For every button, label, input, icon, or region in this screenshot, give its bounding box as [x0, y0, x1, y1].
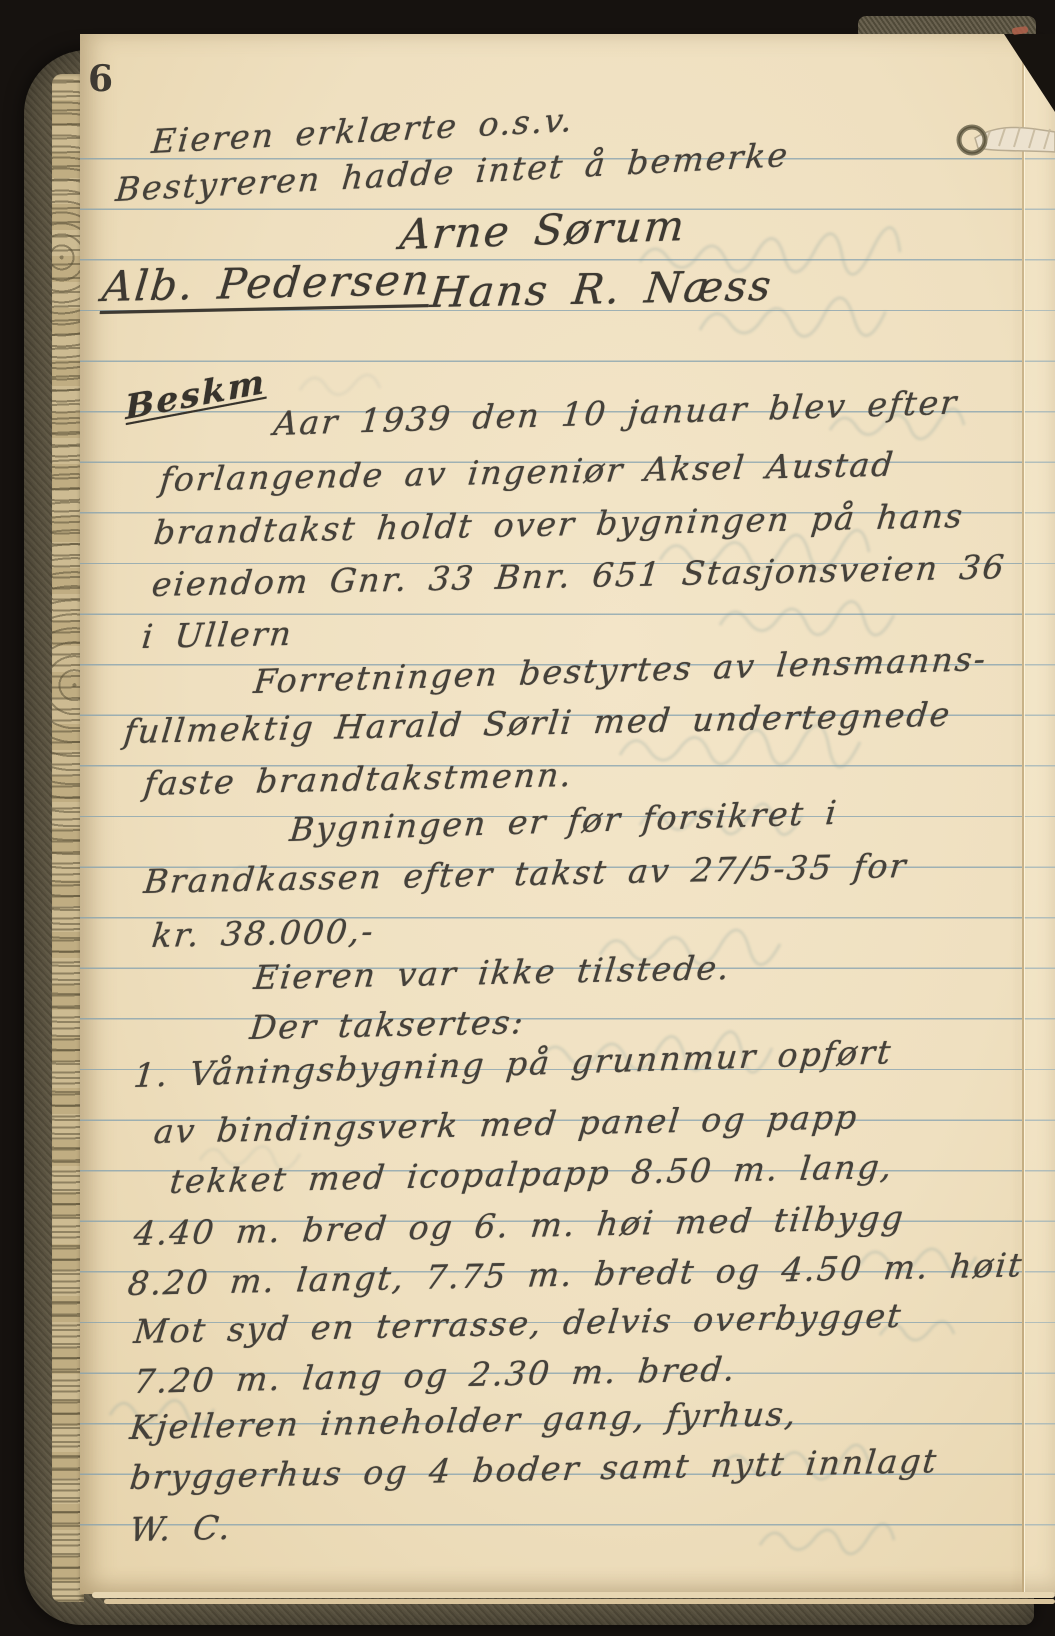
body-line: W. C. [128, 1508, 234, 1549]
page-stack-edge [104, 1599, 1055, 1604]
signature-left: Alb. Pedersen [100, 255, 434, 311]
body-line: i Ullern [140, 614, 295, 656]
page-fold-sliver [1024, 34, 1055, 1594]
body-line: Der taksertes: [248, 1002, 527, 1047]
body-line: kr. 38.000,- [150, 911, 377, 955]
page-crease [1022, 34, 1024, 1594]
page-number: 6 [88, 58, 114, 100]
scanned-protocol-page: 6 Eieren erklærte o.s.v. Bestyreren hadd… [0, 0, 1055, 1636]
page-stack-edge [92, 1592, 1055, 1598]
signature-chairman: Arne Sørum [398, 201, 688, 259]
signature-right: Hans R. Næss [428, 261, 775, 317]
